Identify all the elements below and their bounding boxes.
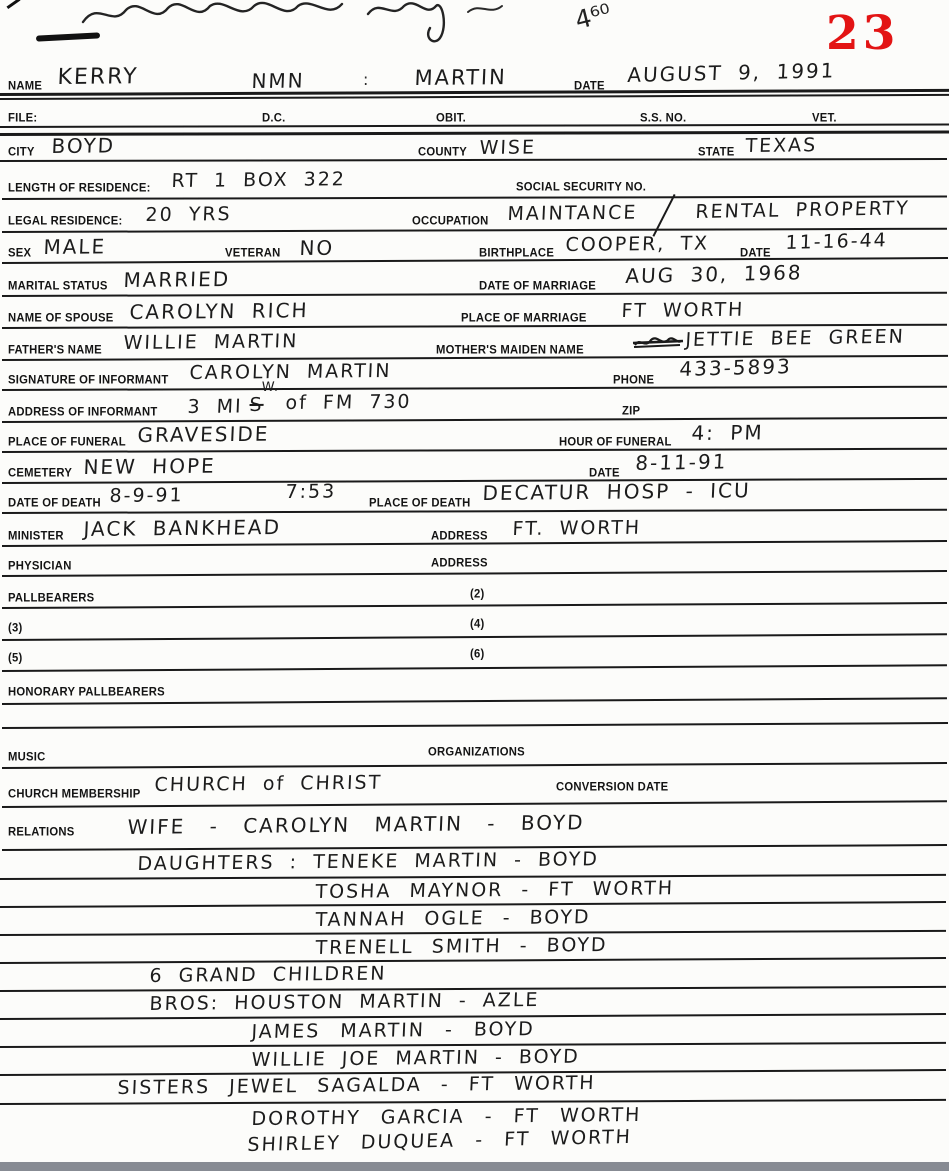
father-name-label: FATHER'S NAME (8, 344, 102, 357)
funeral-hour-value: 4: PM (691, 420, 764, 445)
ruled-line (2, 800, 947, 808)
burial-date-value: 8-11-91 (635, 449, 728, 475)
cemetery-label: CEMETERY (8, 467, 72, 480)
name-date-value: AUGUST 9, 1991 (627, 58, 836, 87)
length-of-residence-value: RT 1 BOX 322 (171, 168, 346, 192)
sex-value: MALE (43, 234, 107, 259)
ruled-line (0, 957, 946, 964)
page-number: 23 (826, 6, 899, 61)
phone-value: 433-5893 (679, 354, 792, 381)
relations-wife-value: WIFE - CAROLYN MARTIN - BOYD (127, 810, 585, 839)
file-label: FILE: (8, 112, 37, 125)
ruled-line (2, 762, 947, 769)
organizations-label: ORGANIZATIONS (428, 746, 525, 759)
dc-label: D.C. (262, 112, 286, 125)
funeral-record-form: 4⁶⁰ 23 NAME KERRY NMN : MARTIN DATE AUGU… (0, 0, 949, 1171)
length-of-residence-label: LENGTH OF RESIDENCE: (8, 182, 151, 195)
father-name-value: WILLIE MARTIN (123, 330, 299, 354)
vet-label: VET. (812, 112, 837, 125)
pallbearer-2-label: (2) (470, 588, 485, 601)
marriage-place-value: FT WORTH (621, 299, 745, 322)
minister-address-label: ADDRESS (431, 530, 488, 543)
ruled-line (2, 292, 947, 297)
ruled-line (2, 478, 947, 484)
music-label: MUSIC (8, 751, 46, 764)
scan-edge-bar (0, 1162, 949, 1171)
death-date-value: 8-9-91 (109, 484, 184, 507)
veteran-value: NO (299, 236, 335, 260)
relation-line: SISTERS JEWEL SAGALDA - FT WORTH (117, 1072, 596, 1099)
corner-handwritten-mark: 4⁶⁰ (572, 0, 614, 35)
honorary-pallbearers-label: HONORARY PALLBEARERS (8, 686, 165, 699)
zip-label: ZIP (622, 405, 640, 418)
pallbearer-6-label: (6) (470, 648, 485, 661)
city-label: CITY (8, 146, 35, 159)
cursive-scrawl (28, 0, 528, 48)
county-label: COUNTY (418, 146, 467, 159)
relation-line: JAMES MARTIN - BOYD (251, 1018, 535, 1043)
funeral-place-label: PLACE OF FUNERAL (8, 436, 126, 449)
physician-label: PHYSICIAN (8, 560, 72, 573)
relation-line: 6 GRAND CHILDREN (149, 963, 387, 987)
church-membership-value: CHURCH of CHRIST (154, 772, 383, 796)
pallbearer-4-label: (4) (470, 618, 485, 631)
phone-label: PHONE (613, 374, 654, 387)
name-first-value: KERRY (57, 64, 139, 90)
informant-address-label: ADDRESS OF INFORMANT (8, 406, 158, 419)
relation-line: TANNAH OGLE - BOYD (315, 906, 591, 931)
city-value: BOYD (51, 133, 116, 158)
death-place-value: DECATUR HOSP - ICU (482, 478, 751, 505)
ruled-line (2, 448, 947, 453)
relations-label: RELATIONS (8, 826, 74, 839)
relation-line: SHIRLEY DUQUEA - FT WORTH (247, 1126, 632, 1156)
social-security-label: SOCIAL SECURITY NO. (516, 181, 646, 194)
relation-line: TRENELL SMITH - BOYD (315, 934, 608, 959)
marriage-date-value: AUG 30, 1968 (625, 260, 803, 288)
county-value: WISE (479, 136, 536, 159)
spouse-name-label: NAME OF SPOUSE (8, 312, 114, 325)
physician-address-label: ADDRESS (431, 557, 488, 570)
ruled-line (0, 158, 947, 162)
ruled-line (2, 570, 947, 577)
crossed-out-scribble (632, 334, 684, 352)
ruled-line (2, 633, 947, 640)
pallbearer-5-label: (5) (8, 652, 23, 665)
pallbearer-3-label: (3) (8, 622, 23, 635)
minister-label: MINISTER (8, 530, 64, 543)
legal-residence-value: 20 YRS (145, 203, 232, 226)
minister-value: JACK BANKHEAD (83, 515, 282, 541)
cemetery-value: NEW HOPE (83, 454, 216, 479)
ruled-line (0, 124, 949, 128)
death-place-label: PLACE OF DEATH (369, 497, 471, 510)
death-date-label: DATE OF DEATH (8, 497, 101, 510)
veteran-label: VETERAN (225, 247, 281, 260)
marriage-place-label: PLACE OF MARRIAGE (461, 312, 587, 325)
occupation-label: OCCUPATION (412, 215, 489, 228)
conversion-date-label: CONVERSION DATE (556, 781, 668, 794)
ruled-line (2, 722, 948, 729)
ruled-line (2, 509, 947, 514)
birthdate-value: 11-16-44 (785, 229, 888, 254)
relation-line: WILLIE JOE MARTIN - BOYD (251, 1046, 580, 1071)
minister-address-value: FT. WORTH (512, 517, 641, 540)
funeral-hour-label: HOUR OF FUNERAL (559, 436, 672, 449)
relation-line: BROS: HOUSTON MARTIN - AZLE (149, 989, 540, 1015)
mother-maiden-name-value: JETTIE BEE GREEN (685, 326, 906, 351)
informant-address-crossed-letter: S (249, 394, 264, 416)
informant-signature-label: SIGNATURE OF INFORMANT (8, 374, 168, 387)
relation-line: DAUGHTERS : TENEKE MARTIN - BOYD (137, 848, 599, 875)
ruled-line (2, 257, 948, 264)
spouse-name-value: CAROLYN RICH (129, 298, 309, 324)
birthplace-label: BIRTHPLACE (479, 247, 554, 260)
informant-address-start: 3 MI (187, 395, 243, 418)
ruled-line (2, 664, 947, 671)
occupation-extra-value: RENTAL PROPERTY (695, 197, 910, 223)
pallbearers-label: PALLBEARERS (8, 592, 94, 605)
stray-colon-mark: : (363, 70, 368, 89)
name-label: NAME (8, 80, 42, 93)
marital-status-label: MARITAL STATUS (8, 280, 108, 293)
obit-label: OBIT. (436, 112, 466, 125)
ruled-line (2, 602, 947, 609)
birthplace-value: COOPER, TX (565, 232, 709, 256)
burial-date-label: DATE (589, 467, 620, 480)
mother-maiden-name-label: MOTHER'S MAIDEN NAME (436, 344, 584, 357)
sex-label: SEX (8, 247, 31, 260)
occupation-value: MAINTANCE (507, 202, 638, 225)
informant-address-end: of FM 730 (285, 391, 412, 414)
name-last-value: MARTIN (414, 65, 507, 90)
ruled-line (0, 1099, 946, 1105)
marital-status-value: MARRIED (123, 267, 231, 292)
legal-residence-label: LEGAL RESIDENCE: (8, 215, 123, 228)
ssno-label: S.S. NO. (640, 112, 686, 125)
name-middle-value: NMN (251, 68, 305, 93)
death-time-value: 7:53 (285, 480, 337, 503)
state-label: STATE (698, 146, 735, 159)
state-value: TEXAS (745, 134, 818, 157)
relation-line: TOSHA MAYNOR - FT WORTH (315, 877, 674, 903)
church-membership-label: CHURCH MEMBERSHIP (8, 788, 141, 801)
informant-signature-value: CAROLYN MARTIN (189, 360, 392, 384)
marriage-date-label: DATE OF MARRIAGE (479, 280, 596, 293)
informant-address-inserted: W. (261, 380, 279, 395)
funeral-place-value: GRAVESIDE (137, 422, 270, 447)
corner-ink-mark (6, 0, 20, 9)
